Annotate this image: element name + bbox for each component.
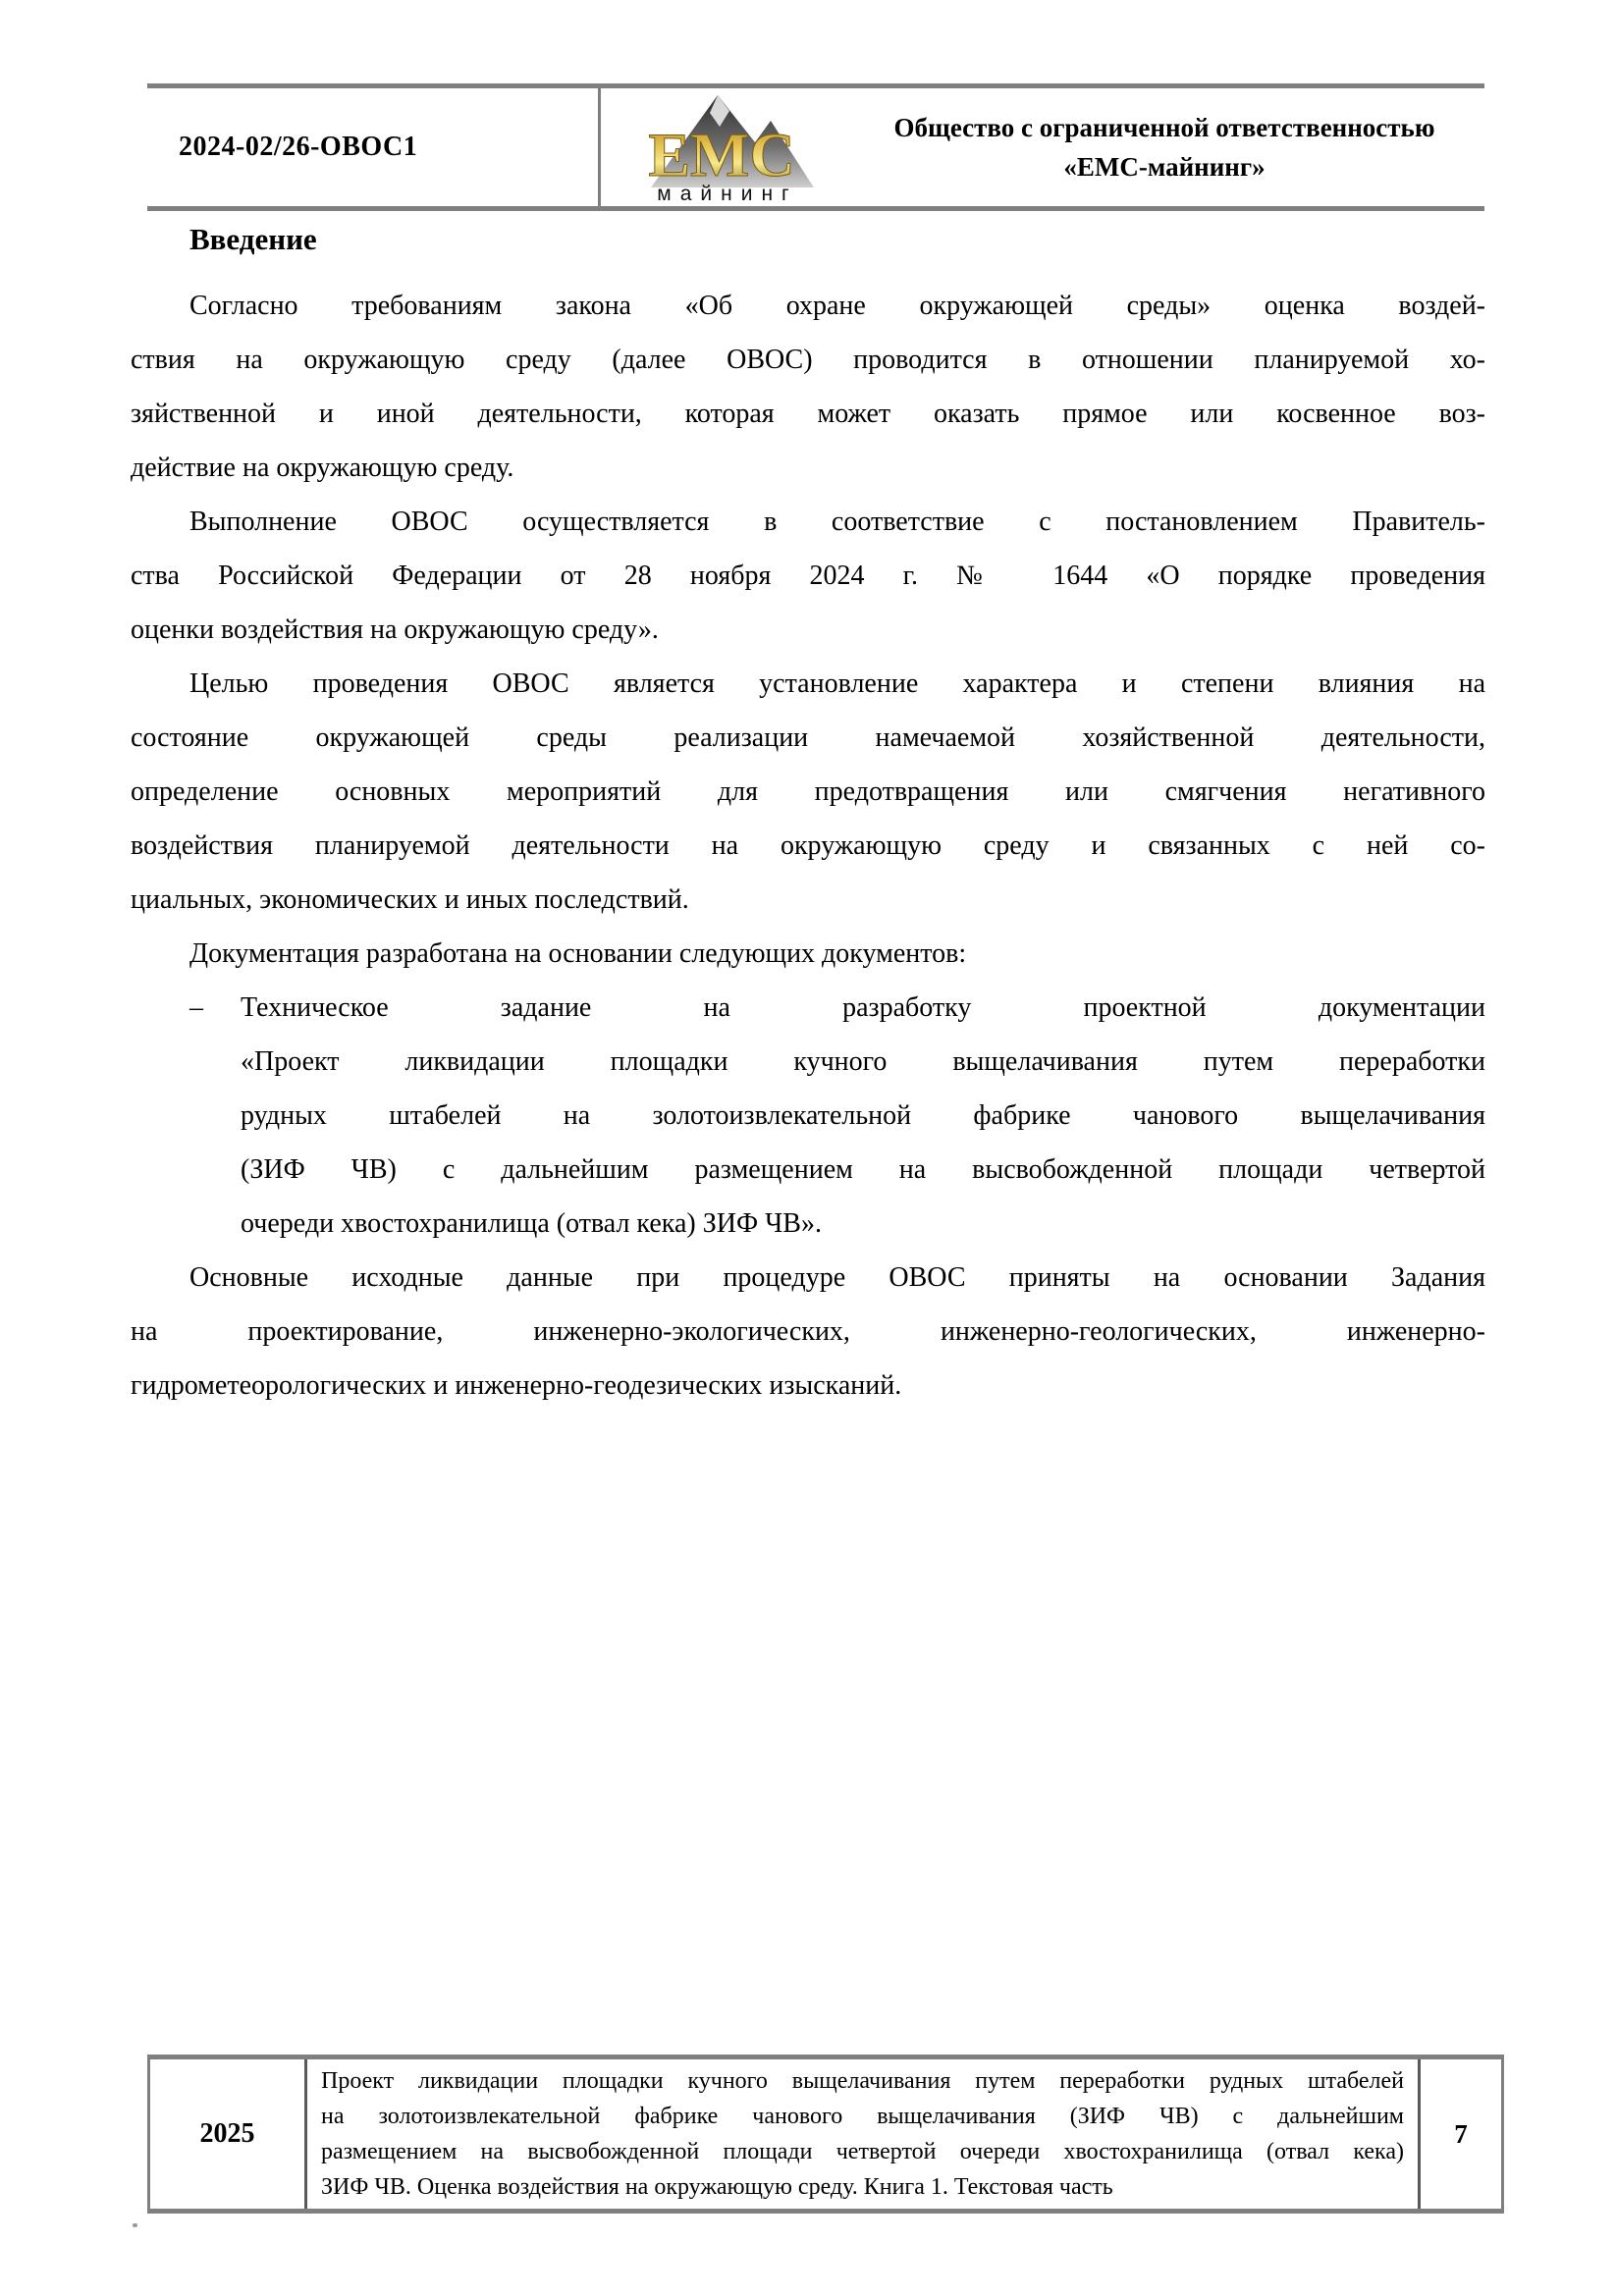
text-line: (ЗИФ ЧВ) с дальнейшим размещением на выс… bbox=[131, 1143, 1485, 1197]
paragraph: Выполнение ОВОС осуществляется в соответ… bbox=[131, 495, 1485, 657]
scan-artifact-mark bbox=[133, 2223, 137, 2227]
text-line: Основные исходные данные при процедуре О… bbox=[131, 1251, 1485, 1305]
page-title: Введение bbox=[131, 216, 1485, 263]
text-line: ства Российской Федерации от 28 ноября 2… bbox=[131, 549, 1485, 603]
text-line: определение основных мероприятий для пре… bbox=[131, 765, 1485, 819]
company-name-line1: Общество с ограниченной ответственностью bbox=[894, 108, 1435, 147]
paragraph: Согласно требованиям закона «Об охране о… bbox=[131, 279, 1485, 495]
document-body: Согласно требованиям закона «Об охране о… bbox=[131, 279, 1485, 1413]
logo-mining-text: майнинг bbox=[657, 183, 797, 205]
doc-code: 2024-02/26-ОВОС1 bbox=[179, 132, 417, 163]
text-line: циальных, экономических и иных последств… bbox=[131, 873, 1485, 927]
footer-project-line: ЗИФ ЧВ. Оценка воздействия на окружающую… bbox=[321, 2169, 1404, 2205]
footer-project-line: размещением на высвобожденной площади че… bbox=[321, 2134, 1404, 2169]
page-number: 7 bbox=[1454, 2119, 1468, 2150]
header-table: 2024-02/26-ОВОС1 bbox=[147, 83, 1484, 211]
text-line: –Техническое задание на разработку проек… bbox=[131, 981, 1485, 1035]
logo-cell: ЕМС майнинг bbox=[601, 88, 844, 206]
footer-project-cell: Проект ликвидации площадки кучного выщел… bbox=[307, 2059, 1421, 2209]
list-item: –Техническое задание на разработку проек… bbox=[131, 981, 1485, 1251]
footer-project-line: Проект ликвидации площадки кучного выщел… bbox=[321, 2063, 1404, 2099]
text-line: гидрометеорологических и инженерно-геоде… bbox=[131, 1359, 1485, 1413]
text-line: Согласно требованиям закона «Об охране о… bbox=[131, 279, 1485, 333]
text-line: «Проект ликвидации площадки кучного выще… bbox=[131, 1035, 1485, 1089]
text-line: на проектирование, инженерно-экологическ… bbox=[131, 1305, 1485, 1359]
text-line-content: Техническое задание на разработку проект… bbox=[241, 992, 1485, 1023]
footer-page-cell: 7 bbox=[1421, 2059, 1501, 2209]
footer-project-line: на золотоизвлекательной фабрике чанового… bbox=[321, 2099, 1404, 2134]
paragraph: Основные исходные данные при процедуре О… bbox=[131, 1251, 1485, 1413]
text-line: Целью проведения ОВОС является установле… bbox=[131, 657, 1485, 711]
document-page: 2024-02/26-ОВОС1 bbox=[0, 0, 1616, 2296]
text-line: Выполнение ОВОС осуществляется в соответ… bbox=[131, 495, 1485, 549]
text-line: действие на окружающую среду. bbox=[131, 441, 1485, 495]
footer-table: 2025 Проект ликвидации площадки кучного … bbox=[147, 2055, 1504, 2214]
list-dash: – bbox=[189, 981, 203, 1035]
text-line: ствия на окружающую среду (далее ОВОС) п… bbox=[131, 333, 1485, 387]
footer-year-cell: 2025 bbox=[150, 2059, 307, 2209]
paragraph: Целью проведения ОВОС является установле… bbox=[131, 657, 1485, 927]
logo-emc-text: ЕМС bbox=[648, 120, 794, 189]
company-name-line2: «ЕМС-майнинг» bbox=[1063, 147, 1265, 187]
company-cell: Общество с ограниченной ответственностью… bbox=[844, 88, 1484, 206]
text-line: состояние окружающей среды реализации на… bbox=[131, 711, 1485, 765]
footer-year: 2025 bbox=[200, 2118, 255, 2150]
doc-code-cell: 2024-02/26-ОВОС1 bbox=[147, 88, 601, 206]
text-line: рудных штабелей на золотоизвлекательной … bbox=[131, 1089, 1485, 1143]
text-line: очереди хвостохранилища (отвал кека) ЗИФ… bbox=[131, 1197, 1485, 1251]
document-body-wrap: Введение Согласно требованиям закона «Об… bbox=[131, 216, 1485, 1413]
text-line: Документация разработана на основании сл… bbox=[131, 927, 1485, 981]
text-line: оценки воздействия на окружающую среду». bbox=[131, 603, 1485, 657]
text-line: зяйственной и иной деятельности, которая… bbox=[131, 387, 1485, 441]
paragraph: Документация разработана на основании сл… bbox=[131, 927, 1485, 981]
emc-logo: ЕМС майнинг bbox=[610, 89, 835, 205]
text-line: воздействия планируемой деятельности на … bbox=[131, 819, 1485, 873]
